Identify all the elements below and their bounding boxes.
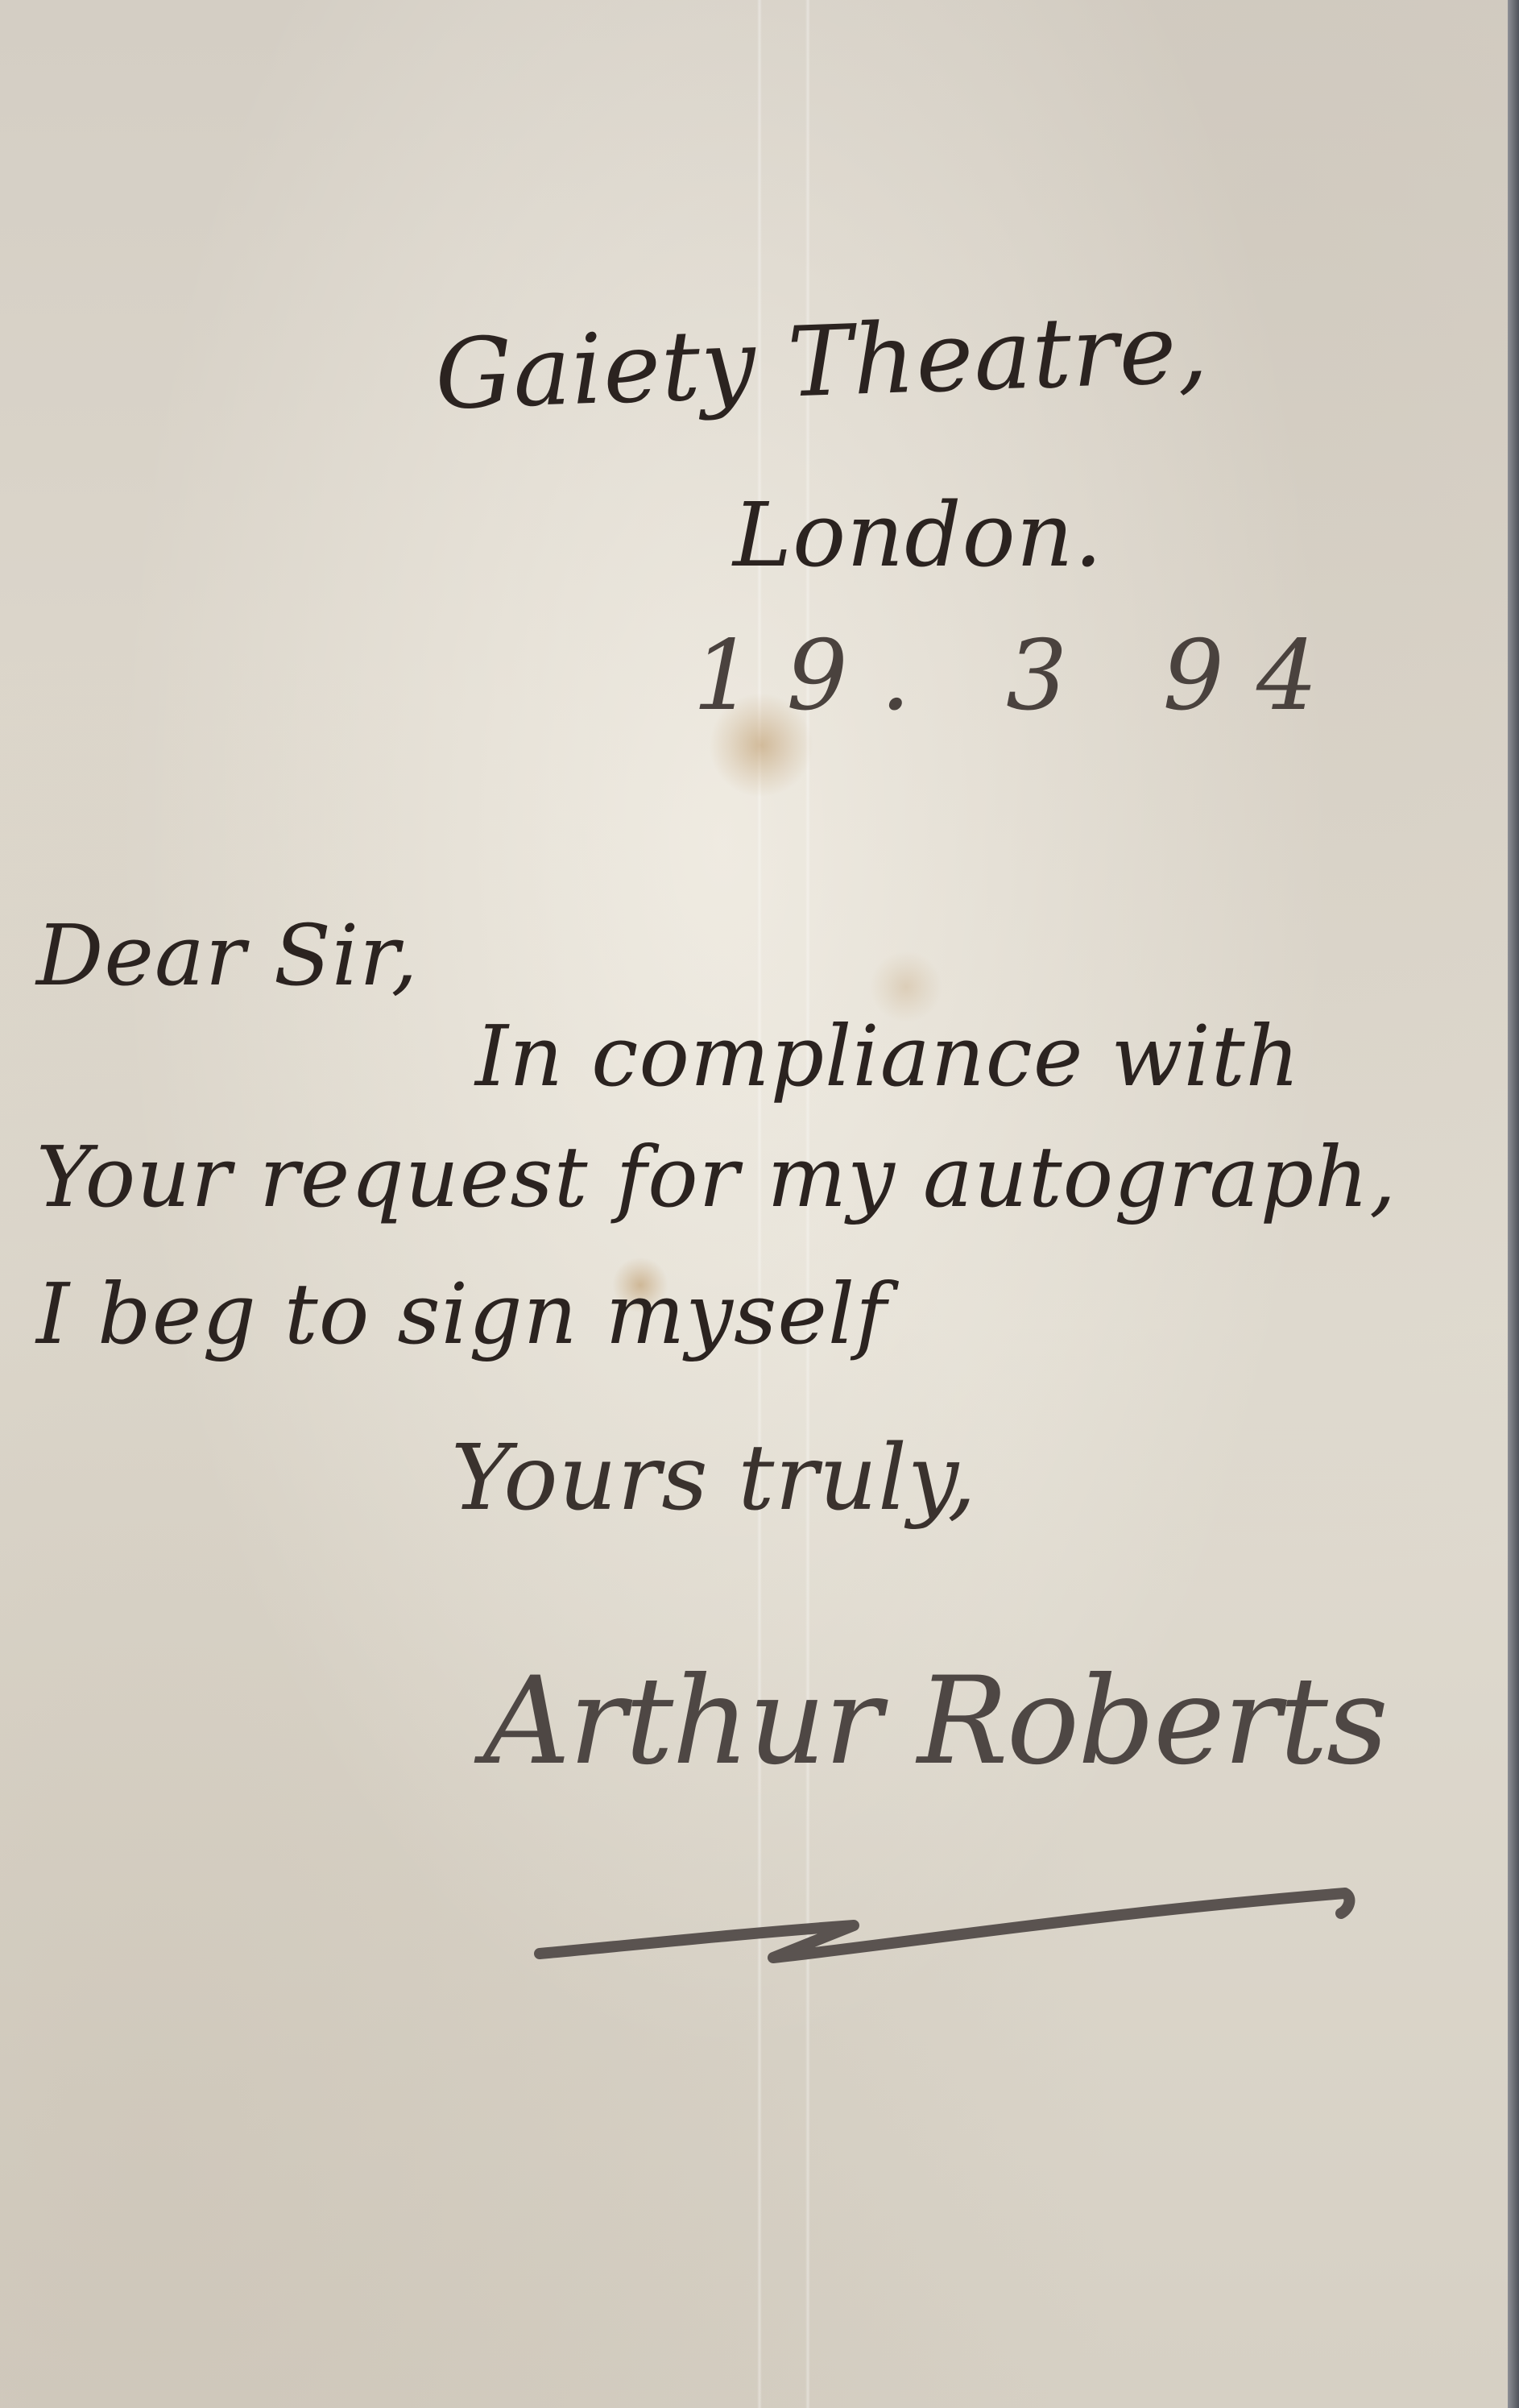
salutation: Dear Sir, [36,906,419,1005]
closing: Yours truly, [451,1426,977,1531]
letter-date: 19. 3 94 [693,620,1350,732]
letterhead-city: London. [733,483,1103,586]
letter-paper: Gaiety Theatre, London. 19. 3 94 Dear Si… [0,0,1508,2408]
body-line: Your request for my autograph, [36,1128,1397,1226]
signature-flourish-icon [532,1877,1361,1966]
body-line: I beg to sign myself [36,1265,888,1363]
signature: Arthur Roberts [483,1652,1387,1792]
background-edge [1508,0,1519,2408]
letterhead-venue: Gaiety Theatre, [433,292,1211,431]
body-line: In compliance with [475,1007,1301,1105]
